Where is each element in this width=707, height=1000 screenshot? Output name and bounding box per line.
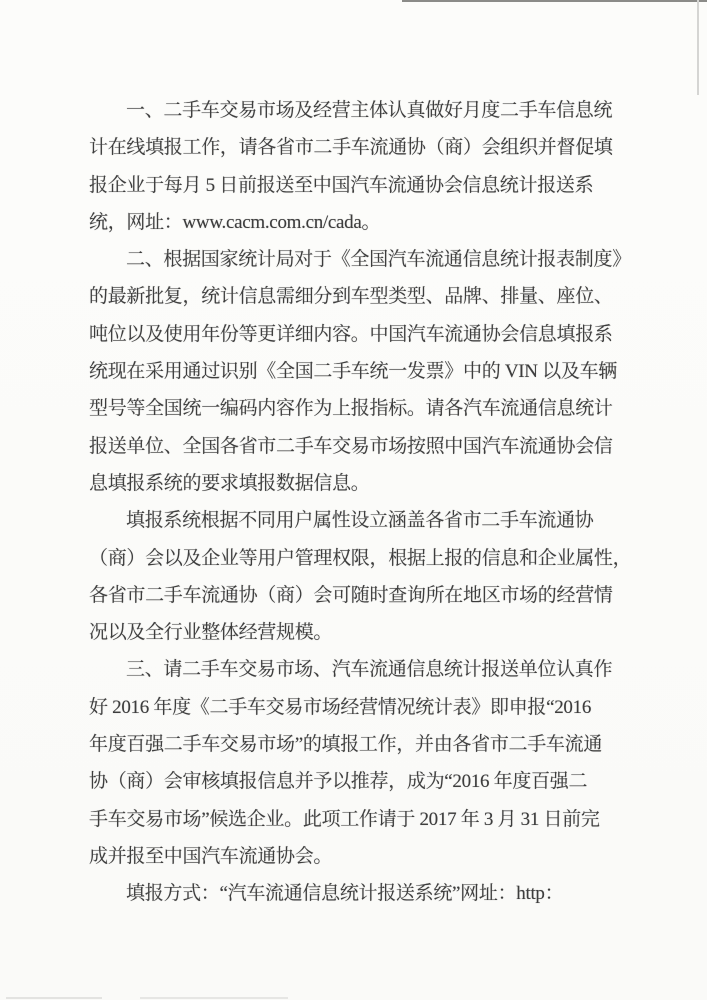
doc-line: 年度百强二手车交易市场”的填报工作，并由各省市二手车流通 xyxy=(89,726,623,763)
doc-line: 报企业于每月 5 日前报送至中国汽车流通协会信息统计报送系 xyxy=(89,167,623,204)
scan-artifact-bottom-left xyxy=(140,997,288,999)
doc-line: 填报方式：“汽车流通信息统计报送系统”网址：http： xyxy=(89,875,623,912)
doc-line: 好 2016 年度《二手车交易市场经营情况统计表》即申报“2016 xyxy=(89,689,623,726)
doc-line: 填报系统根据不同用户属性设立涵盖各省市二手车流通协 xyxy=(89,502,623,539)
doc-line: 各省市二手车流通协（商）会可随时查询所在地区市场的经营情 xyxy=(89,577,623,614)
doc-line: 一、二手车交易市场及经营主体认真做好月度二手车信息统 xyxy=(89,92,623,129)
doc-line: 况以及全行业整体经营规模。 xyxy=(89,614,623,651)
doc-line: 三、请二手车交易市场、汽车流通信息统计报送单位认真作 xyxy=(89,651,623,688)
doc-line: 成并报至中国汽车流通协会。 xyxy=(89,838,623,875)
doc-line: 计在线填报工作，请各省市二手车流通协（商）会组织并督促填 xyxy=(89,129,623,166)
scan-artifact-right-edge xyxy=(697,0,699,95)
doc-line: 型号等全国统一编码内容作为上报指标。请各汽车流通信息统计 xyxy=(89,390,623,427)
doc-line: 的最新批复，统计信息需细分到车型类型、品牌、排量、座位、 xyxy=(89,278,623,315)
doc-line: 手车交易市场”候选企业。此项工作请于 2017 年 3 月 31 日前完 xyxy=(89,801,623,838)
document-page: 一、二手车交易市场及经营主体认真做好月度二手车信息统 计在线填报工作，请各省市二… xyxy=(0,0,707,1000)
document-text-block: 一、二手车交易市场及经营主体认真做好月度二手车信息统 计在线填报工作，请各省市二… xyxy=(89,92,623,913)
doc-line: 息填报系统的要求填报数据信息。 xyxy=(89,465,623,502)
doc-line: 报送单位、全国各省市二手车交易市场按照中国汽车流通协会信 xyxy=(89,428,623,465)
scan-artifact-bottom-left xyxy=(6,997,102,999)
doc-line: 统，网址：www.cacm.com.cn/cada。 xyxy=(89,204,623,241)
doc-line: 二、根据国家统计局对于《全国汽车流通信息统计报表制度》 xyxy=(89,241,623,278)
doc-line: 协（商）会审核填报信息并予以推荐，成为“2016 年度百强二 xyxy=(89,763,623,800)
doc-line: （商）会以及企业等用户管理权限，根据上报的信息和企业属性， xyxy=(89,540,623,577)
scan-artifact-top-edge xyxy=(402,0,707,2)
doc-line: 吨位以及使用年份等更详细内容。中国汽车流通协会信息填报系 xyxy=(89,316,623,353)
doc-line: 统现在采用通过识别《全国二手车统一发票》中的 VIN 以及车辆 xyxy=(89,353,623,390)
